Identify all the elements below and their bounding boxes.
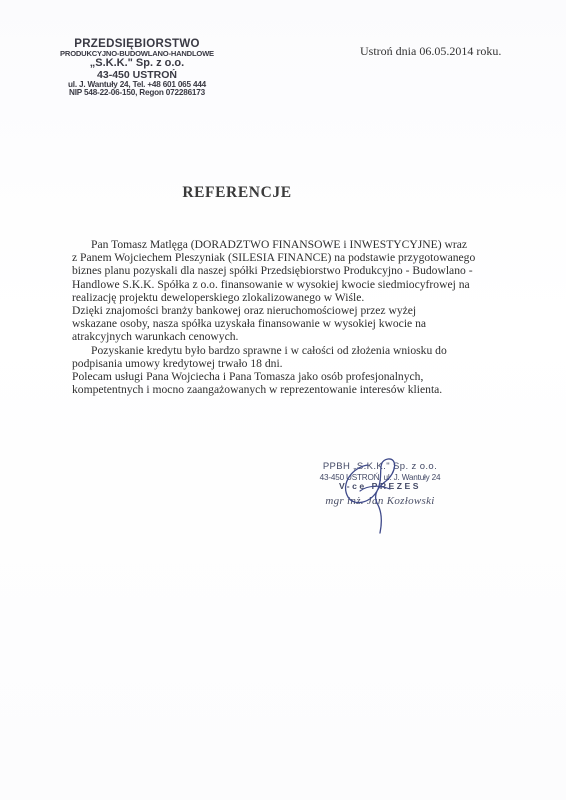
place-date: Ustroń dnia 06.05.2014 roku.	[360, 44, 501, 59]
body-line: Handlowe S.K.K. Spółka z o.o. finansowan…	[72, 278, 542, 291]
body-line: Pozyskanie kredytu było bardzo sprawne i…	[72, 344, 542, 357]
company-header-stamp: PRZEDSIĘBIORSTWO PRODUKCYJNO-BUDOWLANO-H…	[52, 38, 222, 98]
body-line: atrakcyjnych warunkach cenowych.	[72, 330, 542, 343]
body-line: z Panem Wojciechem Pleszyniak (SILESIA F…	[72, 251, 542, 264]
document-page: PRZEDSIĘBIORSTWO PRODUKCYJNO-BUDOWLANO-H…	[0, 0, 566, 800]
body-line: Polecam usługi Pana Wojciecha i Pana Tom…	[72, 370, 542, 383]
sig-name: mgr inż. Jan Kozłowski	[300, 495, 460, 507]
sig-role: V-ce PREZES	[300, 482, 460, 492]
body-line: kompetentnych i mocno zaangażowanych w r…	[72, 383, 542, 396]
signature-stamp: PPBH „S.K.K." Sp. z o.o. 43-450 USTROŃ, …	[300, 462, 460, 508]
body-line: biznes planu pozyskali dla naszej spółki…	[72, 264, 542, 277]
body-line: wskazane osoby, nasza spółka uzyskała fi…	[72, 317, 542, 330]
sig-company: PPBH „S.K.K." Sp. z o.o.	[300, 462, 460, 473]
body-line: Pan Tomasz Matlęga (DORADZTWO FINANSOWE …	[72, 238, 542, 251]
body-line: realizację projektu deweloperskiego zlok…	[72, 291, 542, 304]
document-title: REFERENCJE	[0, 184, 566, 202]
stamp-company-name: „S.K.K." Sp. z o.o.	[52, 58, 222, 70]
stamp-postal-city: 43-450 USTROŃ	[52, 70, 222, 81]
stamp-tax-ids: NIP 548-22-06-150, Regon 072286173	[52, 89, 222, 98]
body-line: podpisania umowy kredytowej trwało 18 dn…	[72, 357, 542, 370]
body-line: Dzięki znajomości branży bankowej oraz n…	[72, 304, 542, 317]
letter-body: Pan Tomasz Matlęga (DORADZTWO FINANSOWE …	[72, 238, 542, 396]
title-text: REFERENCJE	[182, 184, 291, 201]
